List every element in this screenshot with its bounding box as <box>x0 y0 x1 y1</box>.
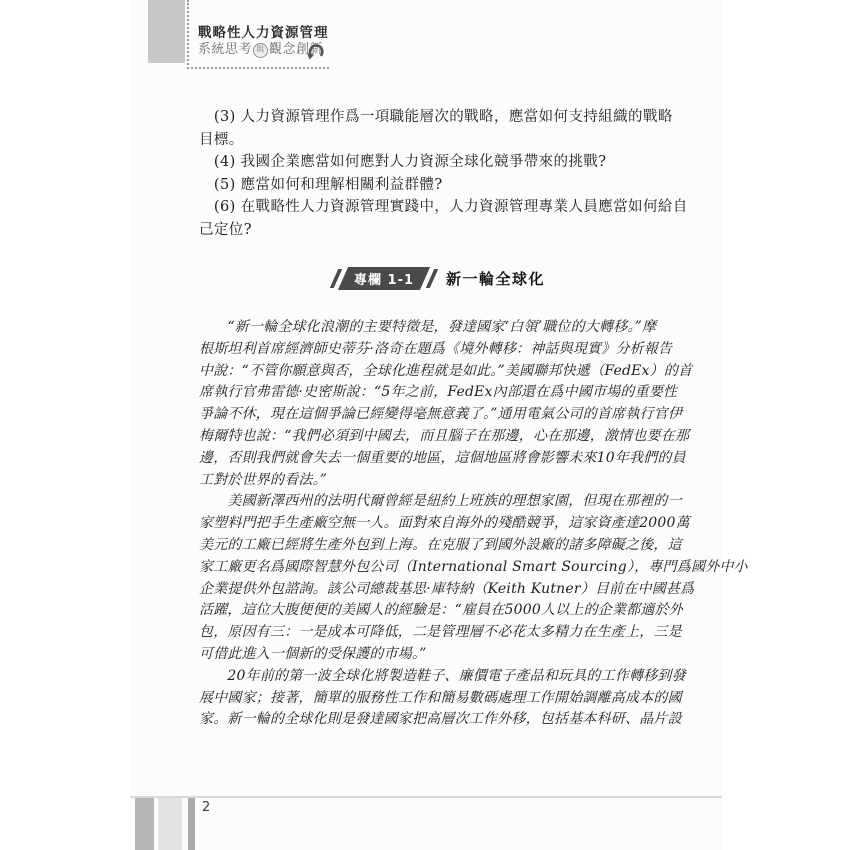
text-line: 梅爾特也說：“我們必須到中國去，而且腦子在那邊，心在那邊，激情也要在那 <box>199 426 651 448</box>
column-box-badge-label: 專欄 1-1 <box>354 269 414 288</box>
book-page: 戰略性人力資源管理 系統思考 與 觀念創新 (3) 人力資源管理作爲一項職能層次… <box>0 0 850 850</box>
text-line: 爭論不休，現在這個爭論已經變得毫無意義了。”通用電氣公司的首席執行官伊 <box>199 404 651 426</box>
question-list: (3) 人力資源管理作爲一項職能層次的戰略，應當如何支持組織的戰略目標。 (4)… <box>199 106 651 241</box>
text-line: (4) 我國企業應當如何應對人力資源全球化競爭帶來的挑戰? <box>199 151 651 174</box>
text-line: 展中國家；接著，簡單的服務性工作和簡易數碼處理工作開始調離高成本的國 <box>199 688 651 710</box>
text-line: 美國新澤西州的法明代爾曾經是紐約上班族的理想家園，但現在那裡的一 <box>199 491 651 513</box>
text-line: “新一輪全球化浪潮的主要特徵是，發達國家‘白領’職位的大轉移。”摩 <box>199 317 651 339</box>
text-line: 己定位? <box>199 219 651 242</box>
page-number: 2 <box>202 800 210 815</box>
footer-rule <box>130 796 722 798</box>
text-line: 企業提供外包諮詢。該公司總裁基思·庫特納（Keith Kutner）目前在中國甚… <box>199 579 651 601</box>
text-line: 活躍，這位大腹便便的美國人的經驗是：“雇員在5000人以上的企業都適於外 <box>199 600 651 622</box>
text-line: 家。新一輪的全球化則是發達國家把高層次工作外移，包括基本科研、晶片設 <box>199 709 651 731</box>
text-line: (5) 應當如何和理解相關利益群體? <box>199 174 651 197</box>
text-line: 席執行官弗雷德·史密斯說：“5年之前，FedEx內部還在爲中國市場的重要性 <box>199 382 651 404</box>
circled-character-icon: 與 <box>253 43 268 58</box>
curved-arrow-icon <box>305 41 327 65</box>
text-line: 美元的工廠已經將生產外包到上海。在克服了到國外設廠的諸多障礙之後，這 <box>199 535 651 557</box>
text-line: 中說：“不管你願意與否，全球化進程就是如此。”美國聯邦快遞（FedEx）的首 <box>199 361 651 383</box>
text-line: 目標。 <box>199 129 651 152</box>
decor-gray-block-top <box>148 0 185 63</box>
column-box-title: 新一輪全球化 <box>446 268 545 289</box>
text-line: 工對於世界的看法。” <box>199 470 651 492</box>
footer-gray-block-dark <box>135 798 154 850</box>
header-logo: 戰略性人力資源管理 系統思考 與 觀念創新 <box>187 0 329 69</box>
text-line: 家工廠更名爲國際智慧外包公司（International Smart Sourc… <box>199 557 651 579</box>
book-title: 戰略性人力資源管理 <box>198 25 329 41</box>
text-line: 可借此進入一個新的受保護的市場。” <box>199 644 651 666</box>
text-line: (3) 人力資源管理作爲一項職能層次的戰略，應當如何支持組織的戰略 <box>199 106 651 129</box>
text-line: 20年前的第一波全球化將製造鞋子、廉價電子產品和玩具的工作轉移到發 <box>199 666 651 688</box>
text-line: 家塑料門把手生產廠空無一人。面對來自海外的殘酷競爭，這家資產達2000萬 <box>199 513 651 535</box>
text-line: 包，原因有三：一是成本可降低，二是管理層不必花太多精力在生產上，三是 <box>199 622 651 644</box>
footer-gray-block-light <box>158 798 182 850</box>
text-line: 根斯坦利首席經濟師史蒂芬·洛奇在題爲《境外轉移：神話與現實》分析報告 <box>199 339 651 361</box>
column-box-badge: 專欄 1-1 <box>338 267 430 290</box>
book-subtitle-left: 系統思考 <box>198 41 252 59</box>
text-line: 邊，否則我們就會失去一個重要的地區，這個地區將會影響未來10年我們的員 <box>199 448 651 470</box>
footer-gray-bar <box>188 798 195 850</box>
text-line: (6) 在戰略性人力資源管理實踐中，人力資源管理專業人員應當如何給自 <box>199 196 651 219</box>
column-box-header: 專欄 1-1 新一輪全球化 <box>331 267 545 289</box>
column-box-body: “新一輪全球化浪潮的主要特徵是，發達國家‘白領’職位的大轉移。”摩根斯坦利首席經… <box>199 317 651 731</box>
